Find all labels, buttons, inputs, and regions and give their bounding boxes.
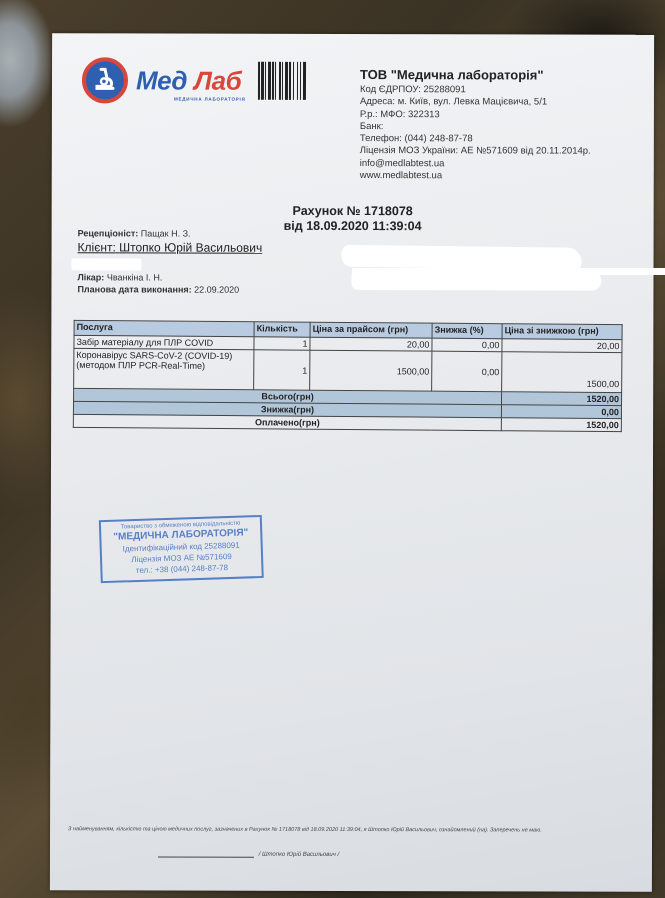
planned-date-label: Планова дата виконання: bbox=[77, 284, 191, 294]
redaction-mark bbox=[72, 258, 142, 270]
paid-label: Оплачено(грн) bbox=[73, 414, 501, 430]
doctor-value: Чванкіна І. Н. bbox=[107, 272, 163, 282]
company-line: Адреса: м. Київ, вул. Левка Мацієвича, 5… bbox=[360, 96, 591, 109]
company-email: info@medlabtest.ua bbox=[360, 158, 591, 171]
discounted-price: 20,00 bbox=[502, 339, 622, 353]
company-line: Ліцензія МОЗ України: АЕ №571609 від 20.… bbox=[360, 146, 591, 159]
acknowledgement-text: З найменуванням, кількістю та ціною меди… bbox=[68, 825, 638, 834]
signature-name: / Штопко Юрій Васильович / bbox=[259, 852, 340, 858]
invoice-meta: Рецепціоніст: Пащак Н. З. Клієнт: Штопко… bbox=[78, 228, 263, 255]
company-info: ТОВ "Медична лабораторія" Код ЄДРПОУ: 25… bbox=[360, 67, 591, 183]
client-value: Штопко Юрій Васильович bbox=[119, 240, 262, 254]
company-line: Код ЄДРПОУ: 25288091 bbox=[360, 84, 591, 97]
logo-subtitle: МЕДИЧНА ЛАБОРАТОРІЯ bbox=[174, 97, 246, 102]
logo-brand-lab: Лаб bbox=[194, 66, 241, 97]
header-list-price: Ціна за прайсом (грн) bbox=[310, 322, 432, 338]
microscope-icon bbox=[82, 57, 128, 103]
service-name: Коронавірус SARS-CoV-2 (COVID-19)(методо… bbox=[74, 348, 254, 389]
signature-block: / Штопко Юрій Васильович / bbox=[158, 851, 339, 857]
client-line: Клієнт: Штопко Юрій Васильович bbox=[78, 239, 263, 255]
company-name: ТОВ "Медична лабораторія" bbox=[360, 67, 591, 84]
client-label: Клієнт: bbox=[78, 240, 116, 254]
doctor-block: Лікар: Чванкіна І. Н. Планова дата викон… bbox=[77, 271, 239, 295]
company-line: Р.р.: МФО: 322313 bbox=[360, 109, 591, 122]
total-value: 1520,00 bbox=[502, 392, 622, 406]
planned-date-value: 22.09.2020 bbox=[194, 285, 239, 295]
doctor-label: Лікар: bbox=[77, 272, 104, 282]
header-quantity: Кількість bbox=[254, 322, 310, 337]
company-website: www.medlabtest.ua bbox=[360, 170, 591, 183]
redaction-mark bbox=[352, 268, 665, 275]
invoice-document: Мед Лаб МЕДИЧНА ЛАБОРАТОРІЯ ТОВ "Медична… bbox=[50, 33, 654, 892]
list-price: 20,00 bbox=[310, 337, 432, 351]
discount: 0,00 bbox=[432, 338, 502, 352]
header-service: Послуга bbox=[74, 320, 254, 336]
header-discount: Знижка (%) bbox=[432, 323, 502, 339]
table-row: Коронавірус SARS-CoV-2 (COVID-19)(методо… bbox=[74, 348, 622, 392]
quantity: 1 bbox=[254, 350, 310, 390]
company-stamp: Товариство з обмеженою відповідальністю … bbox=[99, 515, 264, 583]
quantity: 1 bbox=[254, 337, 310, 350]
medlab-logo: Мед Лаб МЕДИЧНА ЛАБОРАТОРІЯ bbox=[82, 57, 252, 107]
logo-brand-med: Мед bbox=[136, 65, 187, 96]
barcode bbox=[258, 62, 338, 100]
services-table: Послуга Кількість Ціна за прайсом (грн) … bbox=[73, 320, 623, 432]
discount: 0,00 bbox=[432, 351, 502, 392]
company-line: Телефон: (044) 248-87-78 bbox=[360, 133, 591, 146]
discounted-price: 1500,00 bbox=[502, 352, 622, 393]
paid-value: 1520,00 bbox=[501, 418, 621, 432]
redaction-mark bbox=[341, 245, 581, 270]
receptionist-value: Пащак Н. З. bbox=[141, 228, 191, 238]
invoice-number: Рахунок № 1718078 bbox=[52, 203, 654, 220]
discount-total-value: 0,00 bbox=[501, 405, 621, 419]
list-price: 1500,00 bbox=[310, 350, 432, 391]
barcode-bar bbox=[306, 62, 307, 100]
company-line: Банк: bbox=[360, 121, 591, 134]
signature-line bbox=[158, 856, 254, 857]
receptionist-label: Рецепціоніст: bbox=[78, 228, 139, 238]
header-discounted-price: Ціна зі знижкою (грн) bbox=[502, 324, 622, 340]
